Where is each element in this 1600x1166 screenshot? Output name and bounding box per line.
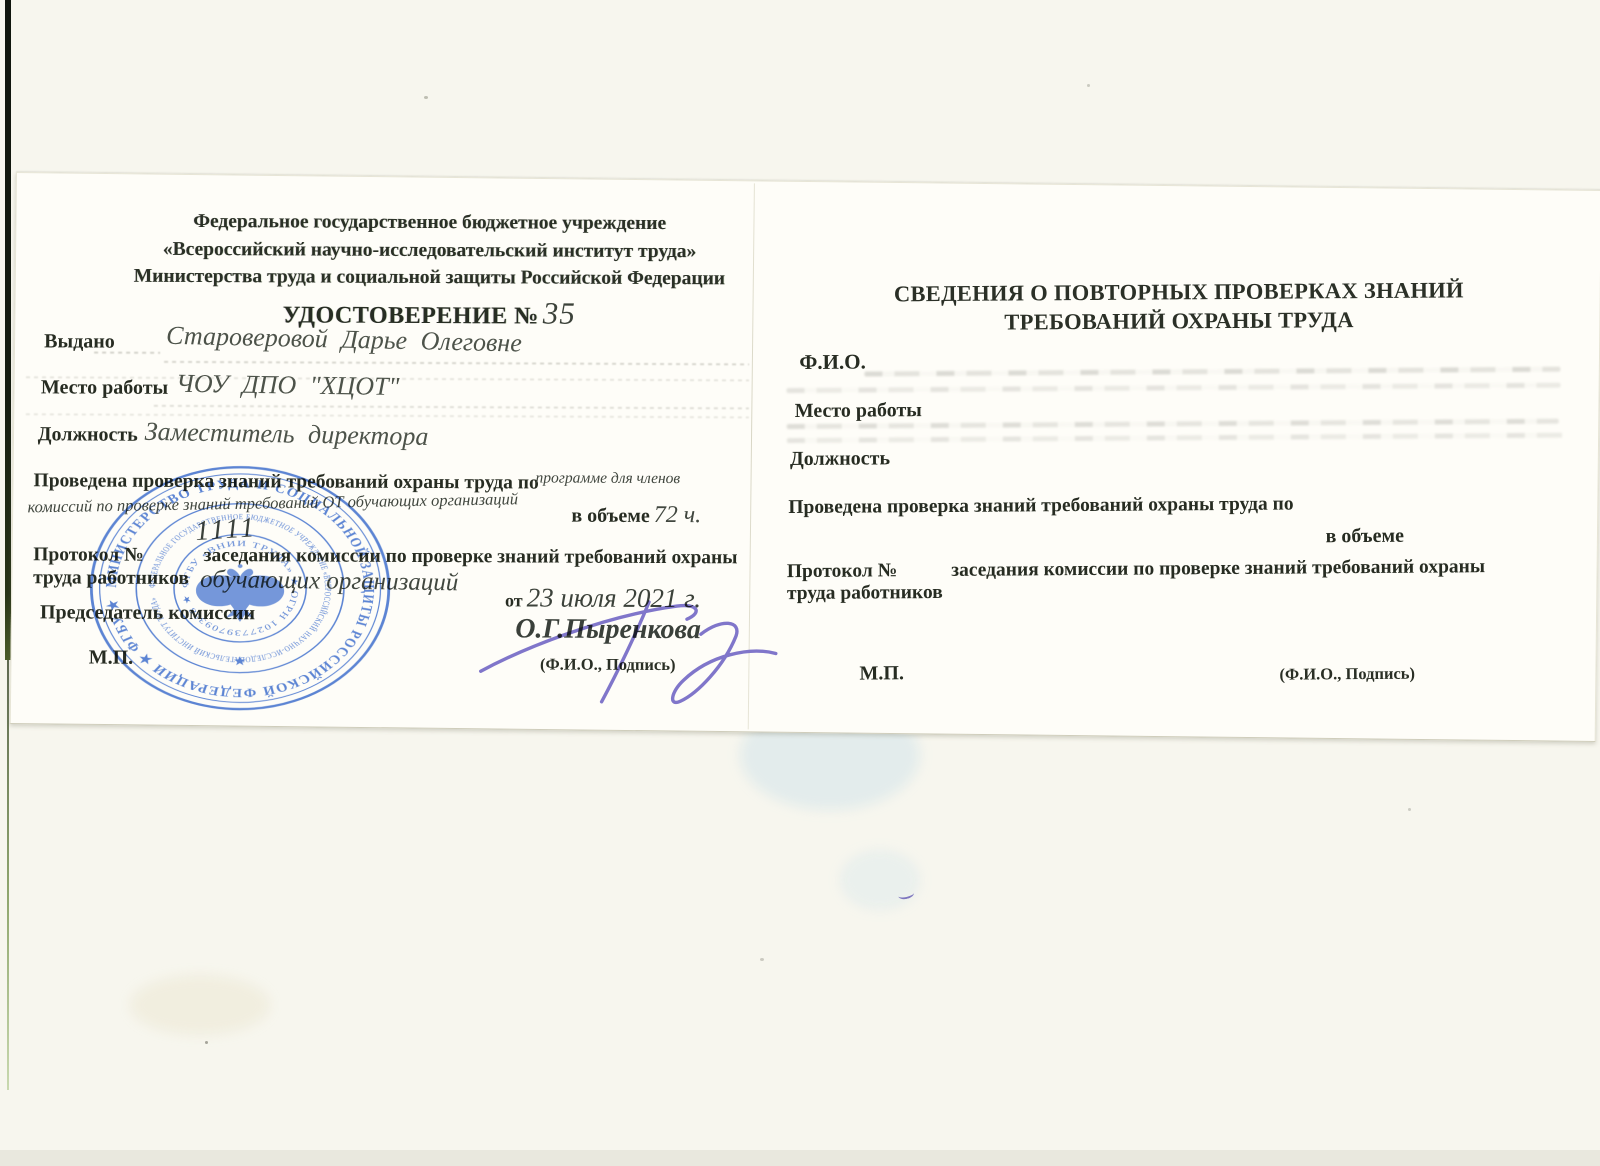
check-line-right: Проведена проверка знаний требований охр… (788, 494, 1293, 520)
scan-left-edge-line (7, 660, 9, 1090)
volume-label-right: в объеме (1325, 525, 1404, 549)
stamp-here-label-right: М.П. (859, 662, 904, 685)
repeat-checks-title: СВЕДЕНИЯ О ПОВТОРНЫХ ПРОВЕРКАХ ЗНАНИЙ ТР… (829, 275, 1529, 338)
protocol-row-right: Протокол № заседания комиссии по проверк… (787, 556, 1485, 583)
paper-stain (130, 975, 270, 1035)
paper-speck (205, 1041, 208, 1044)
protocol-label-right: Протокол № (787, 560, 898, 582)
position-label-right: Должность (790, 447, 890, 471)
paper-speck (760, 958, 764, 961)
certificate-right-page: СВЕДЕНИЯ О ПОВТОРНЫХ ПРОВЕРКАХ ЗНАНИЙ ТР… (11, 176, 1599, 737)
scan-left-edge-shadow (5, 0, 11, 660)
workplace-label-right: Место работы (795, 399, 922, 423)
ink-wash (840, 850, 920, 910)
repeat-checks-title-line-2: ТРЕБОВАНИЙ ОХРАНЫ ТРУДА (829, 304, 1529, 338)
repeat-checks-title-line-1: СВЕДЕНИЯ О ПОВТОРНЫХ ПРОВЕРКАХ ЗНАНИЙ (829, 275, 1529, 309)
fill-line (864, 367, 1560, 377)
certificate-card: Федеральное государственное бюджетное уч… (10, 172, 1600, 742)
scan-bottom-band (0, 1150, 1600, 1166)
protocol-text-1-right: заседания комиссии по проверке знаний тр… (951, 556, 1485, 581)
scanned-certificate: { "scan": { "background_color": "#f7f6ee… (0, 0, 1600, 1166)
signature-caption-right: (Ф.И.О., Подпись) (1279, 664, 1415, 685)
protocol-text-2-right: труда работников (787, 582, 943, 605)
fill-line (787, 433, 1563, 443)
fill-line (787, 383, 1561, 393)
paper-speck (1087, 84, 1090, 87)
paper-speck (424, 96, 428, 99)
paper-speck (1408, 808, 1411, 811)
fio-label: Ф.И.О. (799, 350, 866, 375)
